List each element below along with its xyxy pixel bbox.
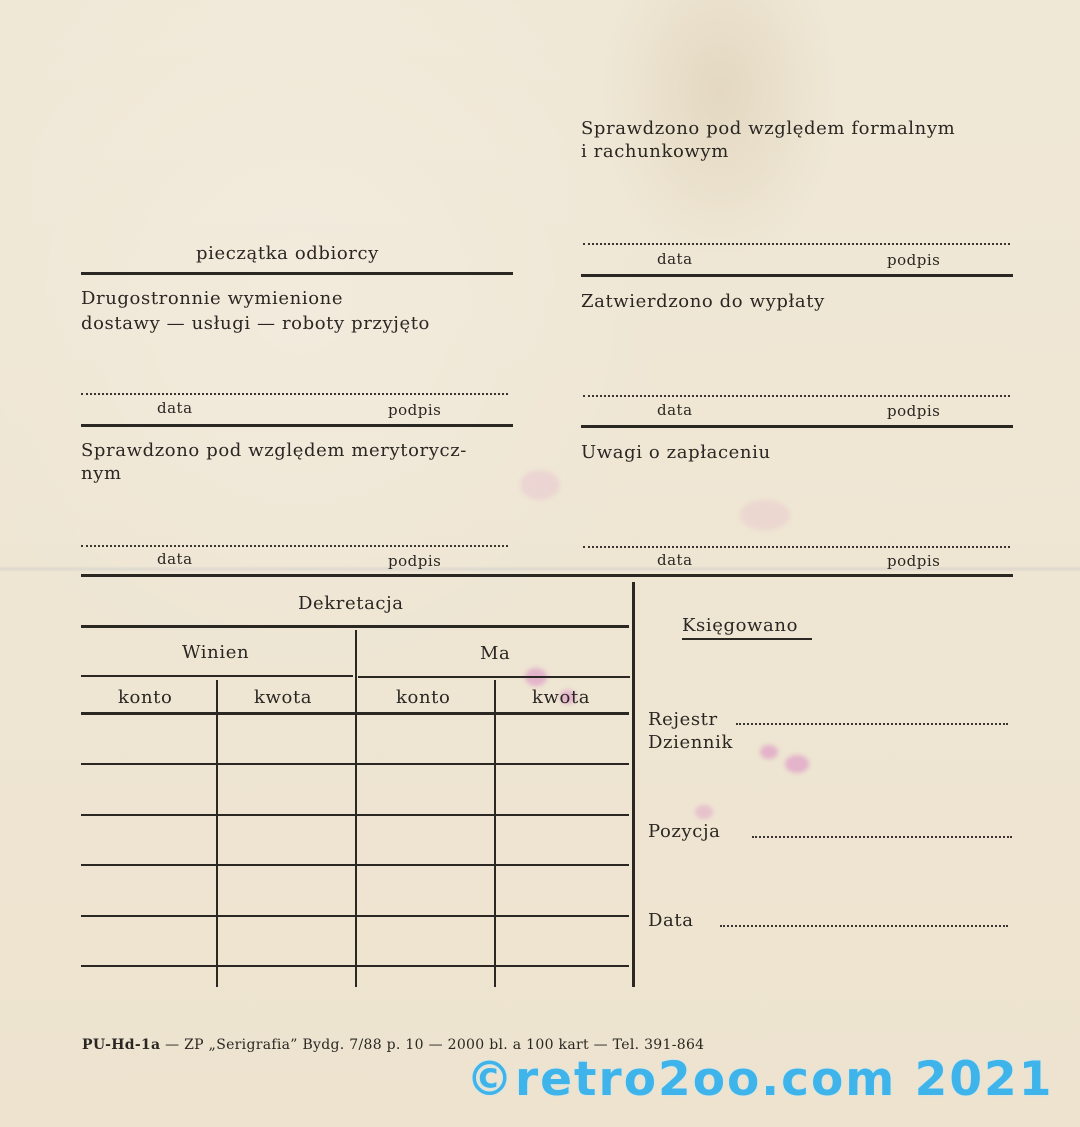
stamp-ink-smudge	[520, 470, 560, 500]
dekretacja-title: Dekretacja	[298, 592, 404, 615]
date-label: data	[657, 551, 693, 569]
stamp-ink-smudge	[695, 805, 713, 819]
rejestr-field[interactable]	[736, 723, 1008, 725]
field-label-pozycja: Pozycja	[648, 820, 720, 843]
section-divider	[81, 574, 1013, 577]
table-rule	[81, 712, 629, 715]
payment-notes-signature-field[interactable]	[583, 546, 1010, 548]
formal-check-signature-field[interactable]	[583, 243, 1010, 245]
ksiegowano-title: Księgowano	[682, 614, 798, 637]
pozycja-field[interactable]	[752, 836, 1012, 838]
column-header-konto: konto	[396, 686, 450, 709]
divider	[581, 425, 1013, 428]
field-label-data: Data	[648, 909, 694, 932]
group-header-winien: Winien	[182, 641, 249, 664]
signature-label: podpis	[887, 251, 940, 269]
field-label-rejestr: Rejestr	[648, 708, 718, 731]
table-row[interactable]	[81, 763, 629, 765]
divider	[81, 272, 513, 275]
date-label: data	[657, 401, 693, 419]
field-label-dziennik: Dziennik	[648, 731, 733, 754]
column-header-kwota: kwota	[254, 686, 312, 709]
table-row[interactable]	[81, 965, 629, 967]
table-row[interactable]	[81, 814, 629, 816]
column-header-konto: konto	[118, 686, 172, 709]
substantive-check-line1: Sprawdzono pod względem merytorycz-	[81, 439, 467, 462]
substantive-check-signature-field[interactable]	[81, 545, 508, 547]
signature-label: podpis	[388, 401, 441, 419]
stamp-ink-smudge	[740, 500, 790, 530]
date-label: data	[657, 250, 693, 268]
receiver-stamp-label: pieczątka odbiorcy	[196, 242, 379, 265]
column-separator	[494, 680, 496, 987]
stamp-ink-smudge	[785, 755, 809, 773]
column-header-kwota: kwota	[532, 686, 590, 709]
imprint-text: — ZP „Serigrafia” Bydg. 7/88 p. 10 — 200…	[160, 1037, 704, 1053]
date-label: data	[157, 550, 193, 568]
signature-label: podpis	[887, 402, 940, 420]
table-rule	[81, 625, 629, 628]
table-row[interactable]	[81, 864, 629, 866]
stamp-ink-smudge	[760, 745, 778, 759]
approved-payment-label: Zatwierdzono do wypłaty	[581, 290, 825, 313]
received-text-line2: dostawy — usługi — roboty przyjęto	[81, 312, 430, 335]
received-signature-field[interactable]	[81, 393, 508, 395]
form-code: PU-Hd-1a	[82, 1037, 160, 1053]
approved-payment-signature-field[interactable]	[583, 395, 1010, 397]
group-header-ma: Ma	[480, 642, 510, 665]
formal-check-line2: i rachunkowym	[581, 140, 729, 163]
date-label: data	[157, 399, 193, 417]
form-imprint: PU-Hd-1a — ZP „Serigrafia” Bydg. 7/88 p.…	[82, 1037, 704, 1053]
divider	[81, 424, 513, 427]
title-underline	[682, 638, 812, 640]
formal-check-line1: Sprawdzono pod względem formalnym	[581, 117, 955, 140]
data-field[interactable]	[720, 925, 1008, 927]
payment-notes-label: Uwagi o zapłaceniu	[581, 441, 771, 464]
divider	[581, 274, 1013, 277]
table-rule	[358, 676, 630, 678]
signature-label: podpis	[388, 552, 441, 570]
table-rule	[81, 675, 353, 677]
group-separator	[355, 630, 357, 987]
substantive-check-line2: nym	[81, 462, 122, 485]
column-separator	[216, 680, 218, 987]
signature-label: podpis	[887, 552, 940, 570]
received-text-line1: Drugostronnie wymienione	[81, 287, 343, 310]
watermark: ©retro2oo.com 2021	[466, 1052, 1053, 1107]
table-row[interactable]	[81, 915, 629, 917]
column-separator	[632, 582, 635, 987]
